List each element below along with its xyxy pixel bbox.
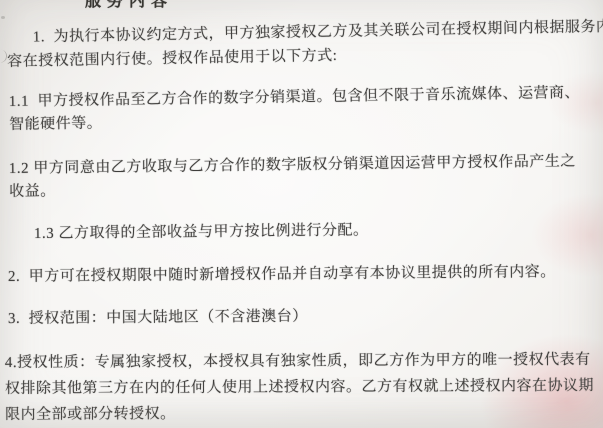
clause-2: 2. 甲方可在授权期限中随时新增授权作品并自动享有本协议里提供的所有内容。 (8, 261, 556, 289)
clause-4-line-1: 4.授权性质：专属独家授权，本授权具有独家性质，即乙方作为甲方的唯一授权代表有 (5, 347, 594, 376)
clause-4: 4.授权性质：专属独家授权，本授权具有独家性质，即乙方作为甲方的唯一授权代表有 … (5, 347, 594, 428)
clause-4-line-3: 限内全部或部分转授权。 (5, 399, 594, 428)
scanned-contract-page: 服务内容 1. 为执行本协议约定方式，甲方独家授权乙方及其关联公司在授权期间内根… (0, 0, 603, 428)
clause-1-1: 1.1 甲方授权作品至乙方合作的数字分销渠道。包含但不限于音乐流媒体、运营商、 … (9, 82, 581, 137)
clause-1-3-line-1: 1.3 乙方取得的全部收益与甲方按比例进行分配。 (34, 219, 369, 246)
heading-text: 服务内容 (85, 0, 265, 9)
clause-3: 3. 授权范围：中国大陆地区（不含港澳台） (8, 306, 308, 331)
page-heading-partial: 服务内容 (85, 0, 265, 9)
photo-speck-artifact (1, 16, 5, 19)
clause-1-3: 1.3 乙方取得的全部收益与甲方按比例进行分配。 (34, 219, 369, 246)
clause-4-line-2: 权排除其他第三方在内的任何人使用上述授权内容。乙方有权就上述授权内容在协议期 (5, 373, 594, 402)
clause-1-2: 1.2 甲方同意由乙方收取与乙方合作的数字版权分销渠道因运营甲方授权作品产生之 … (9, 151, 577, 204)
clause-1: 1. 为执行本协议约定方式，甲方独家授权乙方及其关联公司在授权期间内根据服务内 … (7, 15, 603, 74)
clause-2-line-1: 2. 甲方可在授权期限中随时新增授权作品并自动享有本协议里提供的所有内容。 (8, 261, 556, 289)
clause-3-line-1: 3. 授权范围：中国大陆地区（不含港澳台） (8, 306, 308, 331)
